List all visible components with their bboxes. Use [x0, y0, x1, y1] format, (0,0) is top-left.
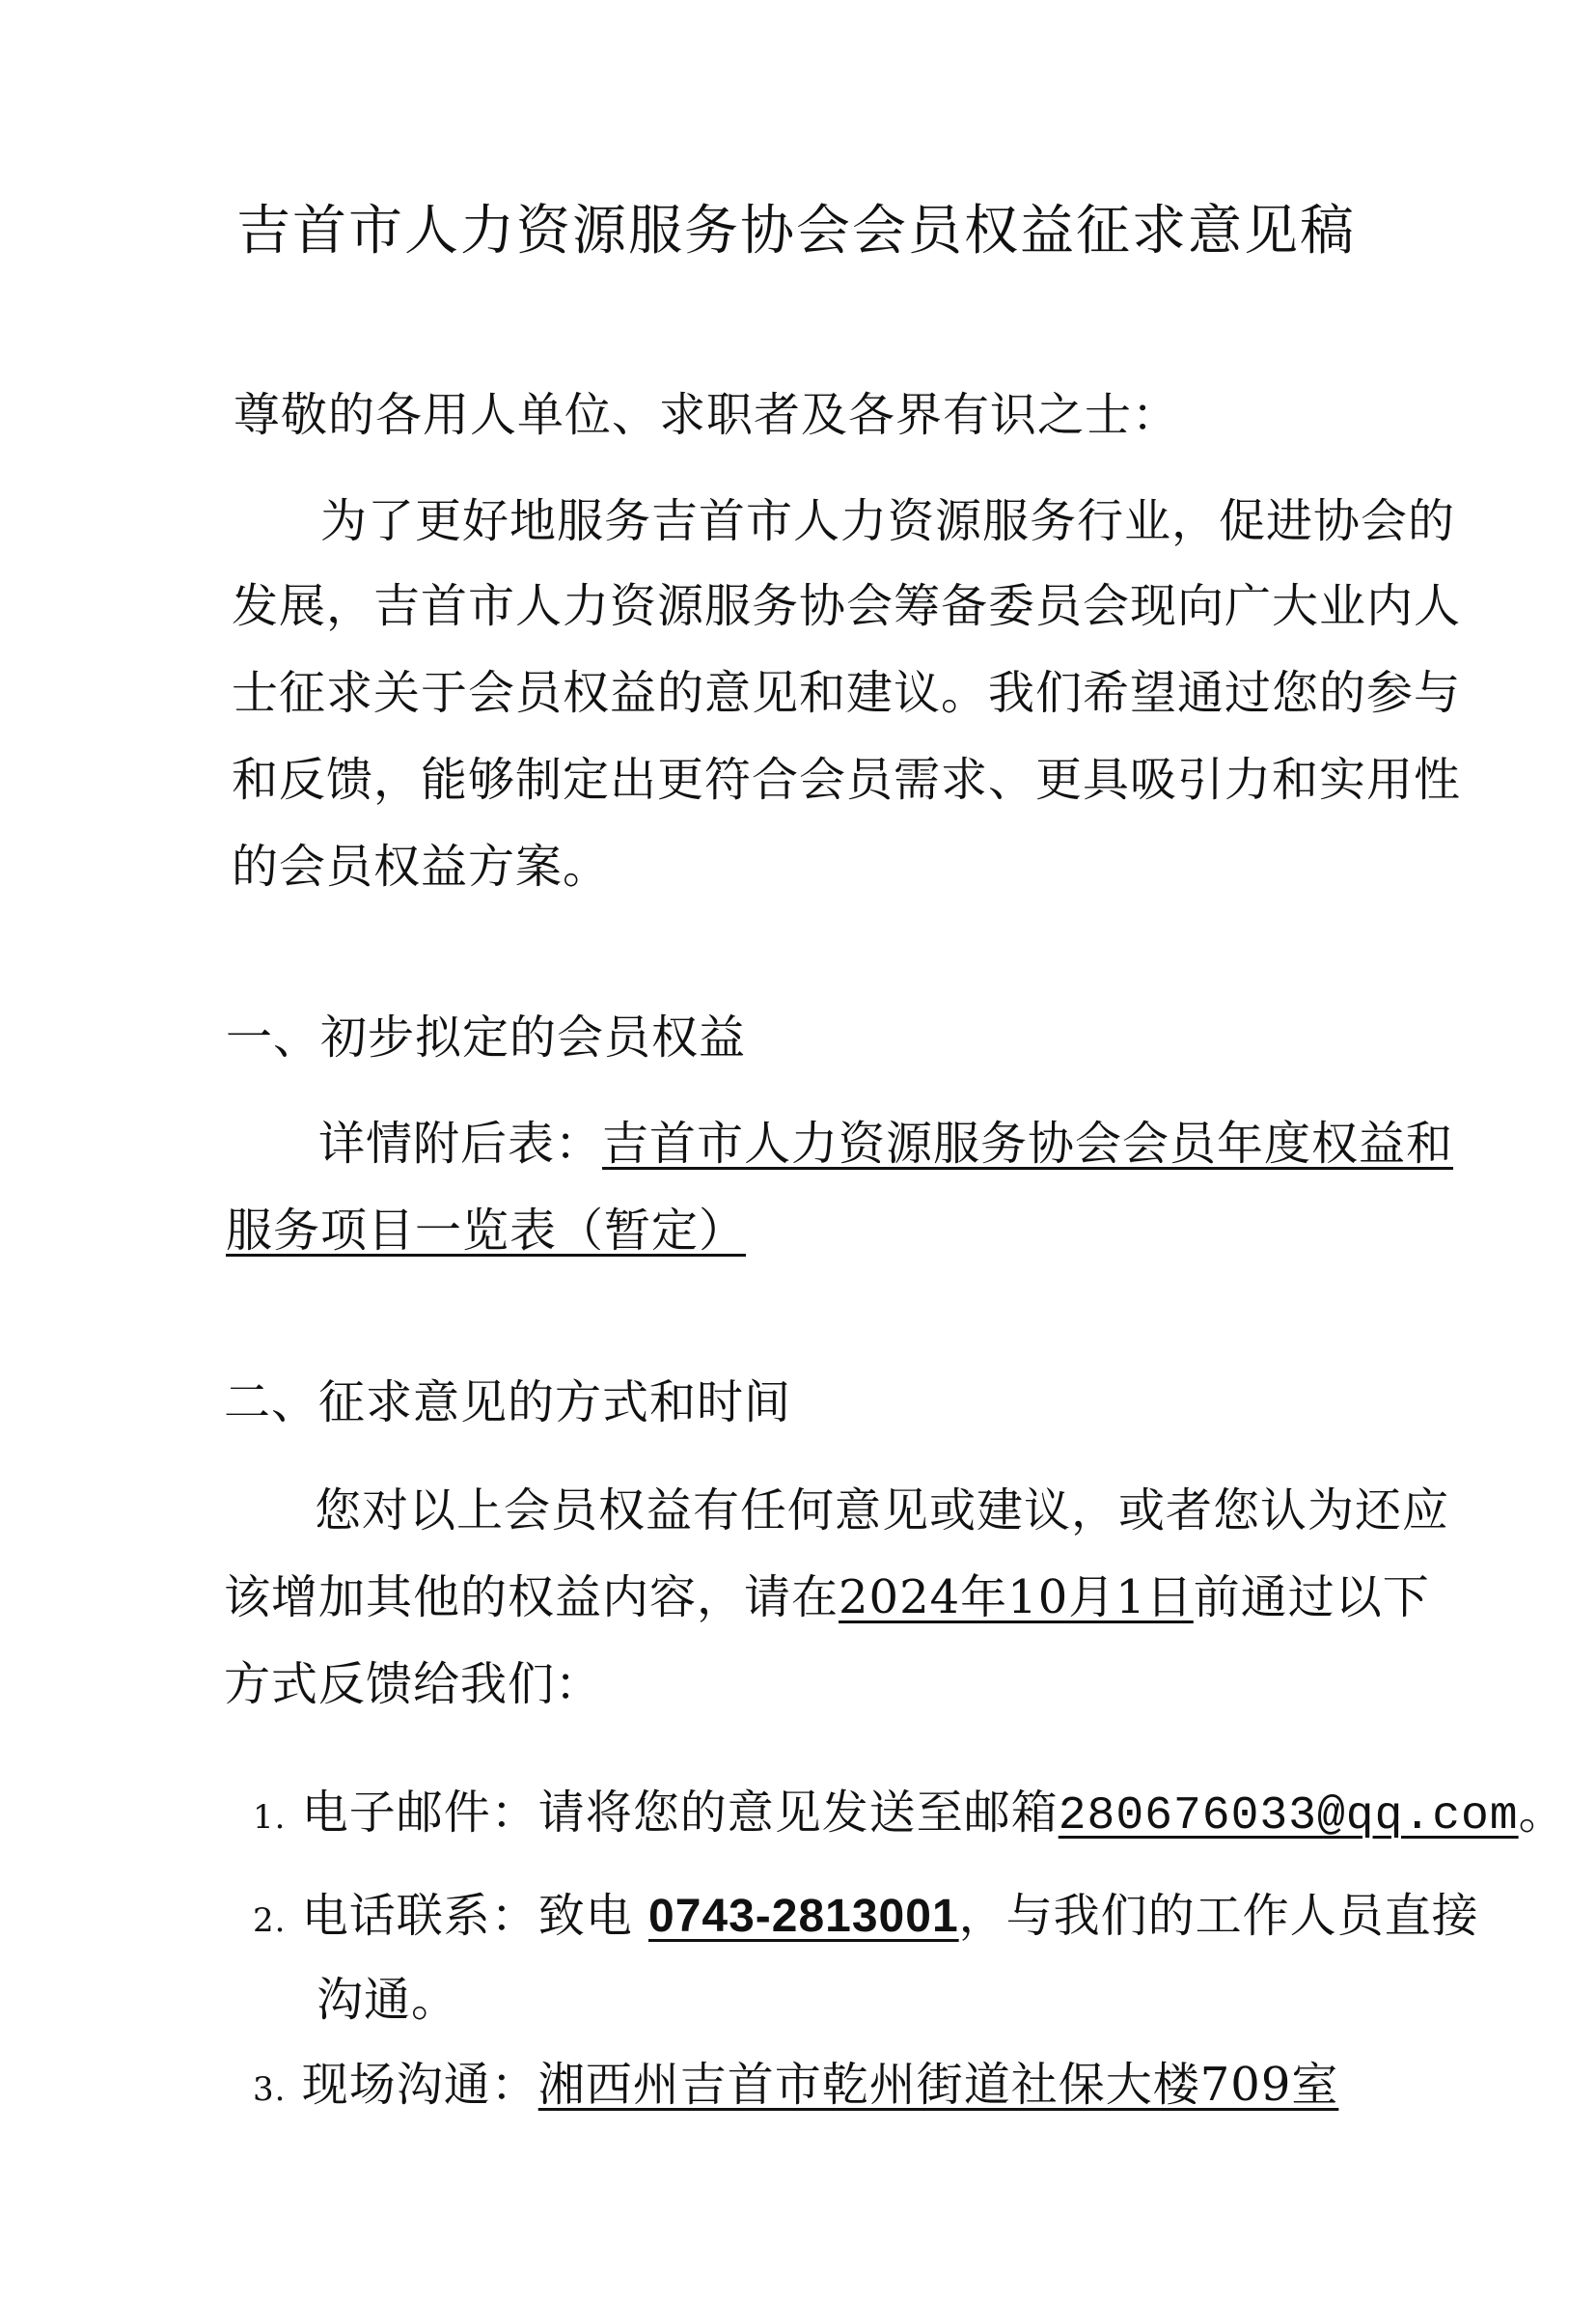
section1-heading: 一、初步拟定的会员权益 — [226, 1009, 746, 1066]
phone-link[interactable]: 0743-2813001 — [648, 1891, 959, 1942]
intro-line-2: 发展，吉首市人力资源服务协会筹备委员会现向广大业内人 — [232, 577, 1461, 635]
method-phone-cont: 沟通。 — [316, 1971, 458, 2029]
list-number: 2. — [253, 1901, 286, 1940]
list-number: 1. — [253, 1798, 286, 1837]
method-phone: 2. 电话联系：致电 0743-2813001，与我们的工作人员直接 — [253, 1887, 1479, 1950]
email-link[interactable]: 280676033@qq.com — [1059, 1790, 1519, 1842]
method-onsite: 3. 现场沟通：湘西州吉首市乾州街道社保大楼709室 — [253, 2056, 1338, 2119]
intro-line-5: 的会员权益方案。 — [232, 838, 610, 896]
method-suffix: 。 — [1519, 1786, 1566, 1840]
page-title: 吉首市人力资源服务协会会员权益征求意见稿 — [236, 203, 1356, 261]
section2-line-2: 该增加其他的权益内容，请在2024年10月1日前通过以下 — [224, 1568, 1430, 1626]
method-suffix: ，与我们的工作人员直接 — [959, 1889, 1479, 1943]
intro-line-1: 为了更好地服务吉首市人力资源服务行业，促进协会的 — [320, 492, 1455, 550]
section1-detail-line-2: 服务项目一览表（暂定） — [226, 1202, 746, 1260]
salutation: 尊敬的各用人单位、求职者及各界有识之士： — [234, 386, 1179, 444]
line2-suffix: 前通过以下 — [1194, 1570, 1430, 1624]
section2-line-3: 方式反馈给我们： — [224, 1655, 602, 1713]
section1-detail-line-1: 详情附后表：吉首市人力资源服务协会会员年度权益和 — [318, 1115, 1453, 1173]
list-number: 3. — [253, 2070, 286, 2109]
deadline-date: 2024年10月1日 — [839, 1570, 1194, 1624]
intro-line-3: 士征求关于会员权益的意见和建议。我们希望通过您的参与 — [232, 664, 1461, 722]
line2-prefix: 该增加其他的权益内容，请在 — [224, 1570, 839, 1624]
section2-line-1: 您对以上会员权益有任何意见或建议，或者您认为还应 — [315, 1482, 1449, 1539]
method-label: 电话联系：致电 — [302, 1889, 633, 1943]
method-label: 电子邮件：请将您的意见发送至邮箱 — [302, 1786, 1059, 1840]
address-link: 湘西州吉首市乾州街道社保大楼709室 — [538, 2058, 1339, 2112]
attachment-table-link-cont[interactable]: 服务项目一览表（暂定） — [226, 1204, 746, 1258]
detail-prefix: 详情附后表： — [318, 1117, 602, 1171]
intro-line-4: 和反馈，能够制定出更符合会员需求、更具吸引力和实用性 — [232, 751, 1461, 809]
method-label: 现场沟通： — [302, 2058, 538, 2112]
method-email: 1. 电子邮件：请将您的意见发送至邮箱280676033@qq.com。 — [253, 1784, 1566, 1846]
attachment-table-link[interactable]: 吉首市人力资源服务协会会员年度权益和 — [602, 1117, 1453, 1171]
section2-heading: 二、征求意见的方式和时间 — [224, 1373, 791, 1431]
